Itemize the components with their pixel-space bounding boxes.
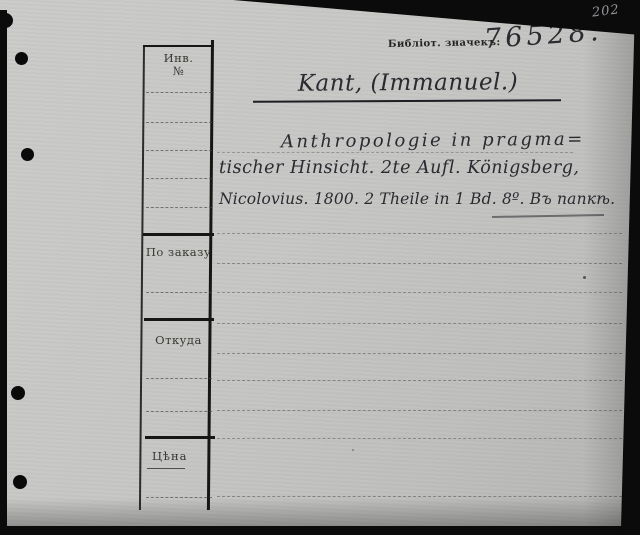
price-rule	[147, 468, 185, 469]
author-heading-handwritten: Kant, (Immanuel.)	[255, 69, 561, 97]
column-ruled-line	[146, 292, 212, 293]
column-ruled-line	[146, 378, 212, 379]
title-line-3: Nicolovius. 1800. 2 Theile in 1 Bd. 8º. …	[219, 190, 615, 208]
by-order-label: По заказу	[143, 245, 214, 259]
origin-label: Откуда	[143, 333, 214, 347]
title-line-1: Anthropologie in pragma=	[281, 129, 585, 153]
scan-shadow-bottom	[0, 498, 640, 526]
inventory-number-label: Инв. №	[143, 52, 214, 78]
writing-line	[217, 152, 573, 153]
dust-speck	[352, 449, 354, 451]
section-divider-inventory	[143, 233, 214, 236]
writing-line	[217, 233, 622, 234]
writing-line	[217, 496, 622, 497]
writing-line	[217, 353, 622, 354]
scan-edge-left	[0, 10, 7, 535]
column-ruled-line	[146, 207, 212, 208]
writing-line	[217, 323, 622, 324]
column-ruled-line	[146, 150, 212, 151]
price-label: Цѣна	[152, 449, 214, 463]
scan-edge-bottom	[0, 526, 640, 535]
writing-line	[217, 292, 622, 293]
column-ruled-line	[146, 411, 212, 412]
hole-punch	[13, 475, 27, 489]
hole-punch	[21, 148, 34, 161]
inventory-label-line2: №	[143, 65, 214, 78]
section-divider-order	[144, 318, 214, 321]
section-divider-origin	[145, 436, 215, 439]
column-top-border	[143, 45, 214, 47]
writing-line	[217, 380, 622, 381]
hole-punch	[15, 52, 28, 65]
column-ruled-line	[146, 122, 212, 123]
title-line-2: tischer Hinsicht. 2te Aufl. Königsberg,	[219, 158, 579, 178]
writing-line	[217, 438, 622, 439]
column-ruled-line	[146, 92, 212, 93]
column-ruled-line	[146, 178, 212, 179]
hole-punch	[11, 386, 25, 400]
writing-line	[217, 410, 622, 411]
scanned-catalog-card: Инв. № По заказу Откуда Цѣна Библіот. зн…	[0, 0, 640, 535]
writing-line	[217, 263, 622, 264]
